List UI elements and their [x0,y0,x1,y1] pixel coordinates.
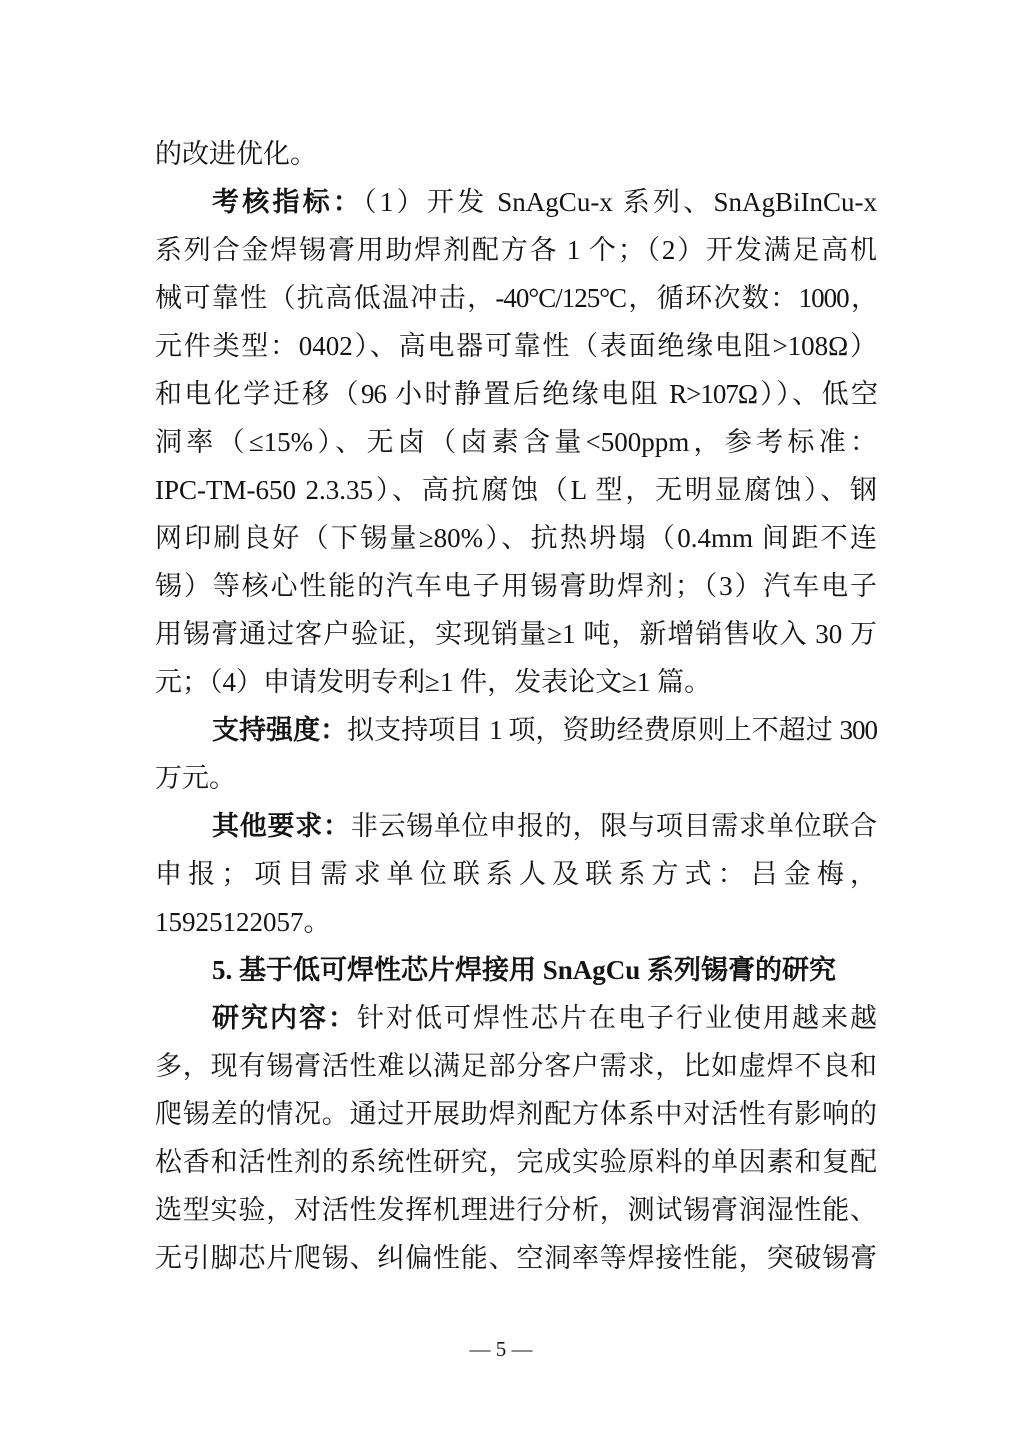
line-text: 申报；项目需求单位联系人及联系方式：吕金梅， [155,859,877,889]
line-bold-label: 研究内容： [212,1003,357,1033]
line-bold-label: 其他要求： [212,811,351,841]
doc-line: 选型实验，对活性发挥机理进行分析，测试锡膏润湿性能、 [155,1186,877,1234]
doc-line: 用锡膏通过客户验证，实现销量≥1 吨，新增销售收入 30 万 [155,610,877,658]
line-text: 洞率（≤15%）、无卤（卤素含量<500ppm，参考标准： [155,427,877,457]
section-heading-text: 5. 基于低可焊性芯片焊接用 SnAgCu 系列锡膏的研究 [212,955,836,985]
line-text: 多，现有锡膏活性难以满足部分客户需求，比如虚焊不良和 [155,1051,877,1081]
line-text: 万元。 [155,763,236,793]
doc-line: 元；（4）申请发明专利≥1 件，发表论文≥1 篇。 [155,658,877,706]
document-body: 的改进优化。 考核指标：（1）开发 SnAgCu-x 系列、SnAgBiInCu… [155,130,877,1282]
doc-line: 械可靠性（抗高低温冲击，-40°C/125°C，循环次数：1000， [155,274,877,322]
doc-line: 申报；项目需求单位联系人及联系方式：吕金梅， [155,850,877,898]
doc-line: 网印刷良好（下锡量≥80%）、抗热坍塌（0.4mm 间距不连 [155,514,877,562]
line-text: 无引脚芯片爬锡、纠偏性能、空洞率等焊接性能，突破锡膏 [155,1243,877,1273]
doc-line: 万元。 [155,754,877,802]
line-text: （1）开发 SnAgCu-x 系列、SnAgBiInCu-x [363,187,877,217]
doc-line: 无引脚芯片爬锡、纠偏性能、空洞率等焊接性能，突破锡膏 [155,1234,877,1282]
doc-line: IPC-TM-650 2.3.35）、高抗腐蚀（L 型，无明显腐蚀）、钢 [155,466,877,514]
line-text: 爬锡差的情况。通过开展助焊剂配方体系中对活性有影响的 [155,1099,877,1129]
doc-line-support-label: 支持强度：拟支持项目 1 项，资助经费原则上不超过 300 [155,706,877,754]
line-text: 针对低可焊性芯片在电子行业使用越来越 [357,1003,877,1033]
line-bold-label: 考核指标： [212,187,363,217]
doc-line-other-requirements-label: 其他要求：非云锡单位申报的，限与项目需求单位联合 [155,802,877,850]
line-text: 选型实验，对活性发挥机理进行分析，测试锡膏润湿性能、 [155,1195,877,1225]
line-text: 15925122057。 [155,907,331,937]
line-text: 系列合金焊锡膏用助焊剂配方各 1 个；（2）开发满足高机 [155,235,877,265]
document-page: 的改进优化。 考核指标：（1）开发 SnAgCu-x 系列、SnAgBiInCu… [0,0,1024,1448]
doc-line: 系列合金焊锡膏用助焊剂配方各 1 个；（2）开发满足高机 [155,226,877,274]
doc-line: 洞率（≤15%）、无卤（卤素含量<500ppm，参考标准： [155,418,877,466]
doc-line: 的改进优化。 [155,130,877,178]
line-text: 和电化学迁移（96 小时静置后绝缘电阻 R>107Ω））、低空 [155,379,877,409]
line-bold-label: 支持强度： [212,715,347,745]
page-number: — 5 — [155,1334,847,1364]
doc-line: 元件类型：0402）、高电器可靠性（表面绝缘电阻>108Ω） [155,322,877,370]
doc-line-research-content-label: 研究内容：针对低可焊性芯片在电子行业使用越来越 [155,994,877,1042]
line-text: 网印刷良好（下锡量≥80%）、抗热坍塌（0.4mm 间距不连 [155,523,877,553]
doc-line: 爬锡差的情况。通过开展助焊剂配方体系中对活性有影响的 [155,1090,877,1138]
doc-line: 和电化学迁移（96 小时静置后绝缘电阻 R>107Ω））、低空 [155,370,877,418]
line-text: 的改进优化。 [155,139,317,169]
line-text: 元件类型：0402）、高电器可靠性（表面绝缘电阻>108Ω） [155,331,877,361]
line-text: IPC-TM-650 2.3.35）、高抗腐蚀（L 型，无明显腐蚀）、钢 [155,475,877,505]
line-text: 械可靠性（抗高低温冲击，-40°C/125°C，循环次数：1000， [155,283,877,313]
line-text: 松香和活性剂的系统性研究，完成实验原料的单因素和复配 [155,1147,877,1177]
line-text: 锡）等核心性能的汽车电子用锡膏助焊剂；（3）汽车电子 [155,571,877,601]
doc-line-section-heading: 5. 基于低可焊性芯片焊接用 SnAgCu 系列锡膏的研究 [155,946,877,994]
doc-line: 锡）等核心性能的汽车电子用锡膏助焊剂；（3）汽车电子 [155,562,877,610]
line-text: 用锡膏通过客户验证，实现销量≥1 吨，新增销售收入 30 万 [155,619,877,649]
doc-line-phone: 15925122057。 [155,898,877,946]
doc-line-assessment-label: 考核指标：（1）开发 SnAgCu-x 系列、SnAgBiInCu-x [155,178,877,226]
doc-line: 多，现有锡膏活性难以满足部分客户需求，比如虚焊不良和 [155,1042,877,1090]
line-text: 非云锡单位申报的，限与项目需求单位联合 [351,811,877,841]
doc-line: 松香和活性剂的系统性研究，完成实验原料的单因素和复配 [155,1138,877,1186]
line-text: 元；（4）申请发明专利≥1 件，发表论文≥1 篇。 [155,667,711,697]
line-text: 拟支持项目 1 项，资助经费原则上不超过 300 [347,715,877,745]
